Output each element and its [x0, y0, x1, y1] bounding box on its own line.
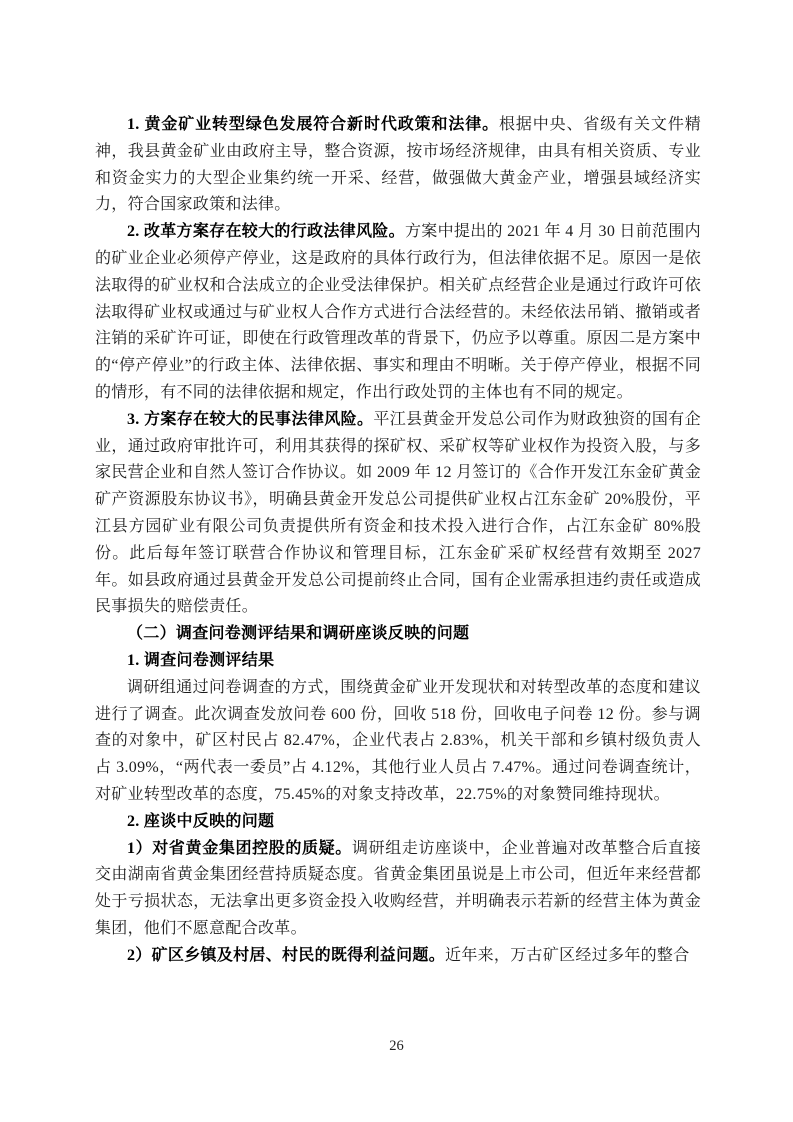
section-heading-survey-and-talks: （二）调查问卷测评结果和调研座谈反映的问题 [95, 621, 701, 648]
paragraph-vested-interests-body: 近年来，万古矿区经过多年的整合 [445, 947, 690, 964]
subheading-survey-results: 1. 调查问卷测评结果 [95, 648, 701, 675]
paragraph-policy-law-lead: 1. 黄金矿业转型绿色发展符合新时代政策和法律。 [127, 116, 499, 133]
paragraph-vested-interests: 2）矿区乡镇及村居、村民的既得利益问题。近年来，万古矿区经过多年的整合 [95, 943, 701, 970]
paragraph-gold-group-doubt-lead: 1）对省黄金集团控股的质疑。 [127, 840, 352, 857]
document-page: 1. 黄金矿业转型绿色发展符合新时代政策和法律。根据中央、省级有关文件精神，我县… [0, 0, 793, 1122]
paragraph-vested-interests-lead: 2）矿区乡镇及村居、村民的既得利益问题。 [127, 947, 445, 964]
paragraph-civil-legal-risk-body: 平江县黄金开发总公司作为财政独资的国有企业，通过政府审批许可，利用其获得的探矿权… [95, 411, 701, 616]
paragraph-gold-group-doubt: 1）对省黄金集团控股的质疑。调研组走访座谈中，企业普遍对改革整合后直接交由湖南省… [95, 836, 701, 943]
paragraph-policy-law: 1. 黄金矿业转型绿色发展符合新时代政策和法律。根据中央、省级有关文件精神，我县… [95, 112, 701, 219]
paragraph-survey-statistics-body: 调研组通过问卷调查的方式，围绕黄金矿业开发现状和对转型改革的态度和建议进行了调查… [95, 679, 701, 803]
paragraph-admin-legal-risk-body: 方案中提出的 2021 年 4 月 30 日前范围内的矿业企业必须停产停业，这是… [95, 223, 701, 401]
paragraph-civil-legal-risk: 3. 方案存在较大的民事法律风险。平江县黄金开发总公司作为财政独资的国有企业，通… [95, 407, 701, 621]
paragraph-survey-statistics: 调研组通过问卷调查的方式，围绕黄金矿业开发现状和对转型改革的态度和建议进行了调查… [95, 675, 701, 809]
document-content: 1. 黄金矿业转型绿色发展符合新时代政策和法律。根据中央、省级有关文件精神，我县… [95, 112, 701, 970]
paragraph-admin-legal-risk-lead: 2. 改革方案存在较大的行政法律风险。 [127, 223, 405, 240]
page-number: 26 [0, 1038, 793, 1055]
subheading-talk-issues: 2. 座谈中反映的问题 [95, 809, 701, 836]
paragraph-admin-legal-risk: 2. 改革方案存在较大的行政法律风险。方案中提出的 2021 年 4 月 30 … [95, 219, 701, 407]
paragraph-civil-legal-risk-lead: 3. 方案存在较大的民事法律风险。 [127, 411, 373, 428]
